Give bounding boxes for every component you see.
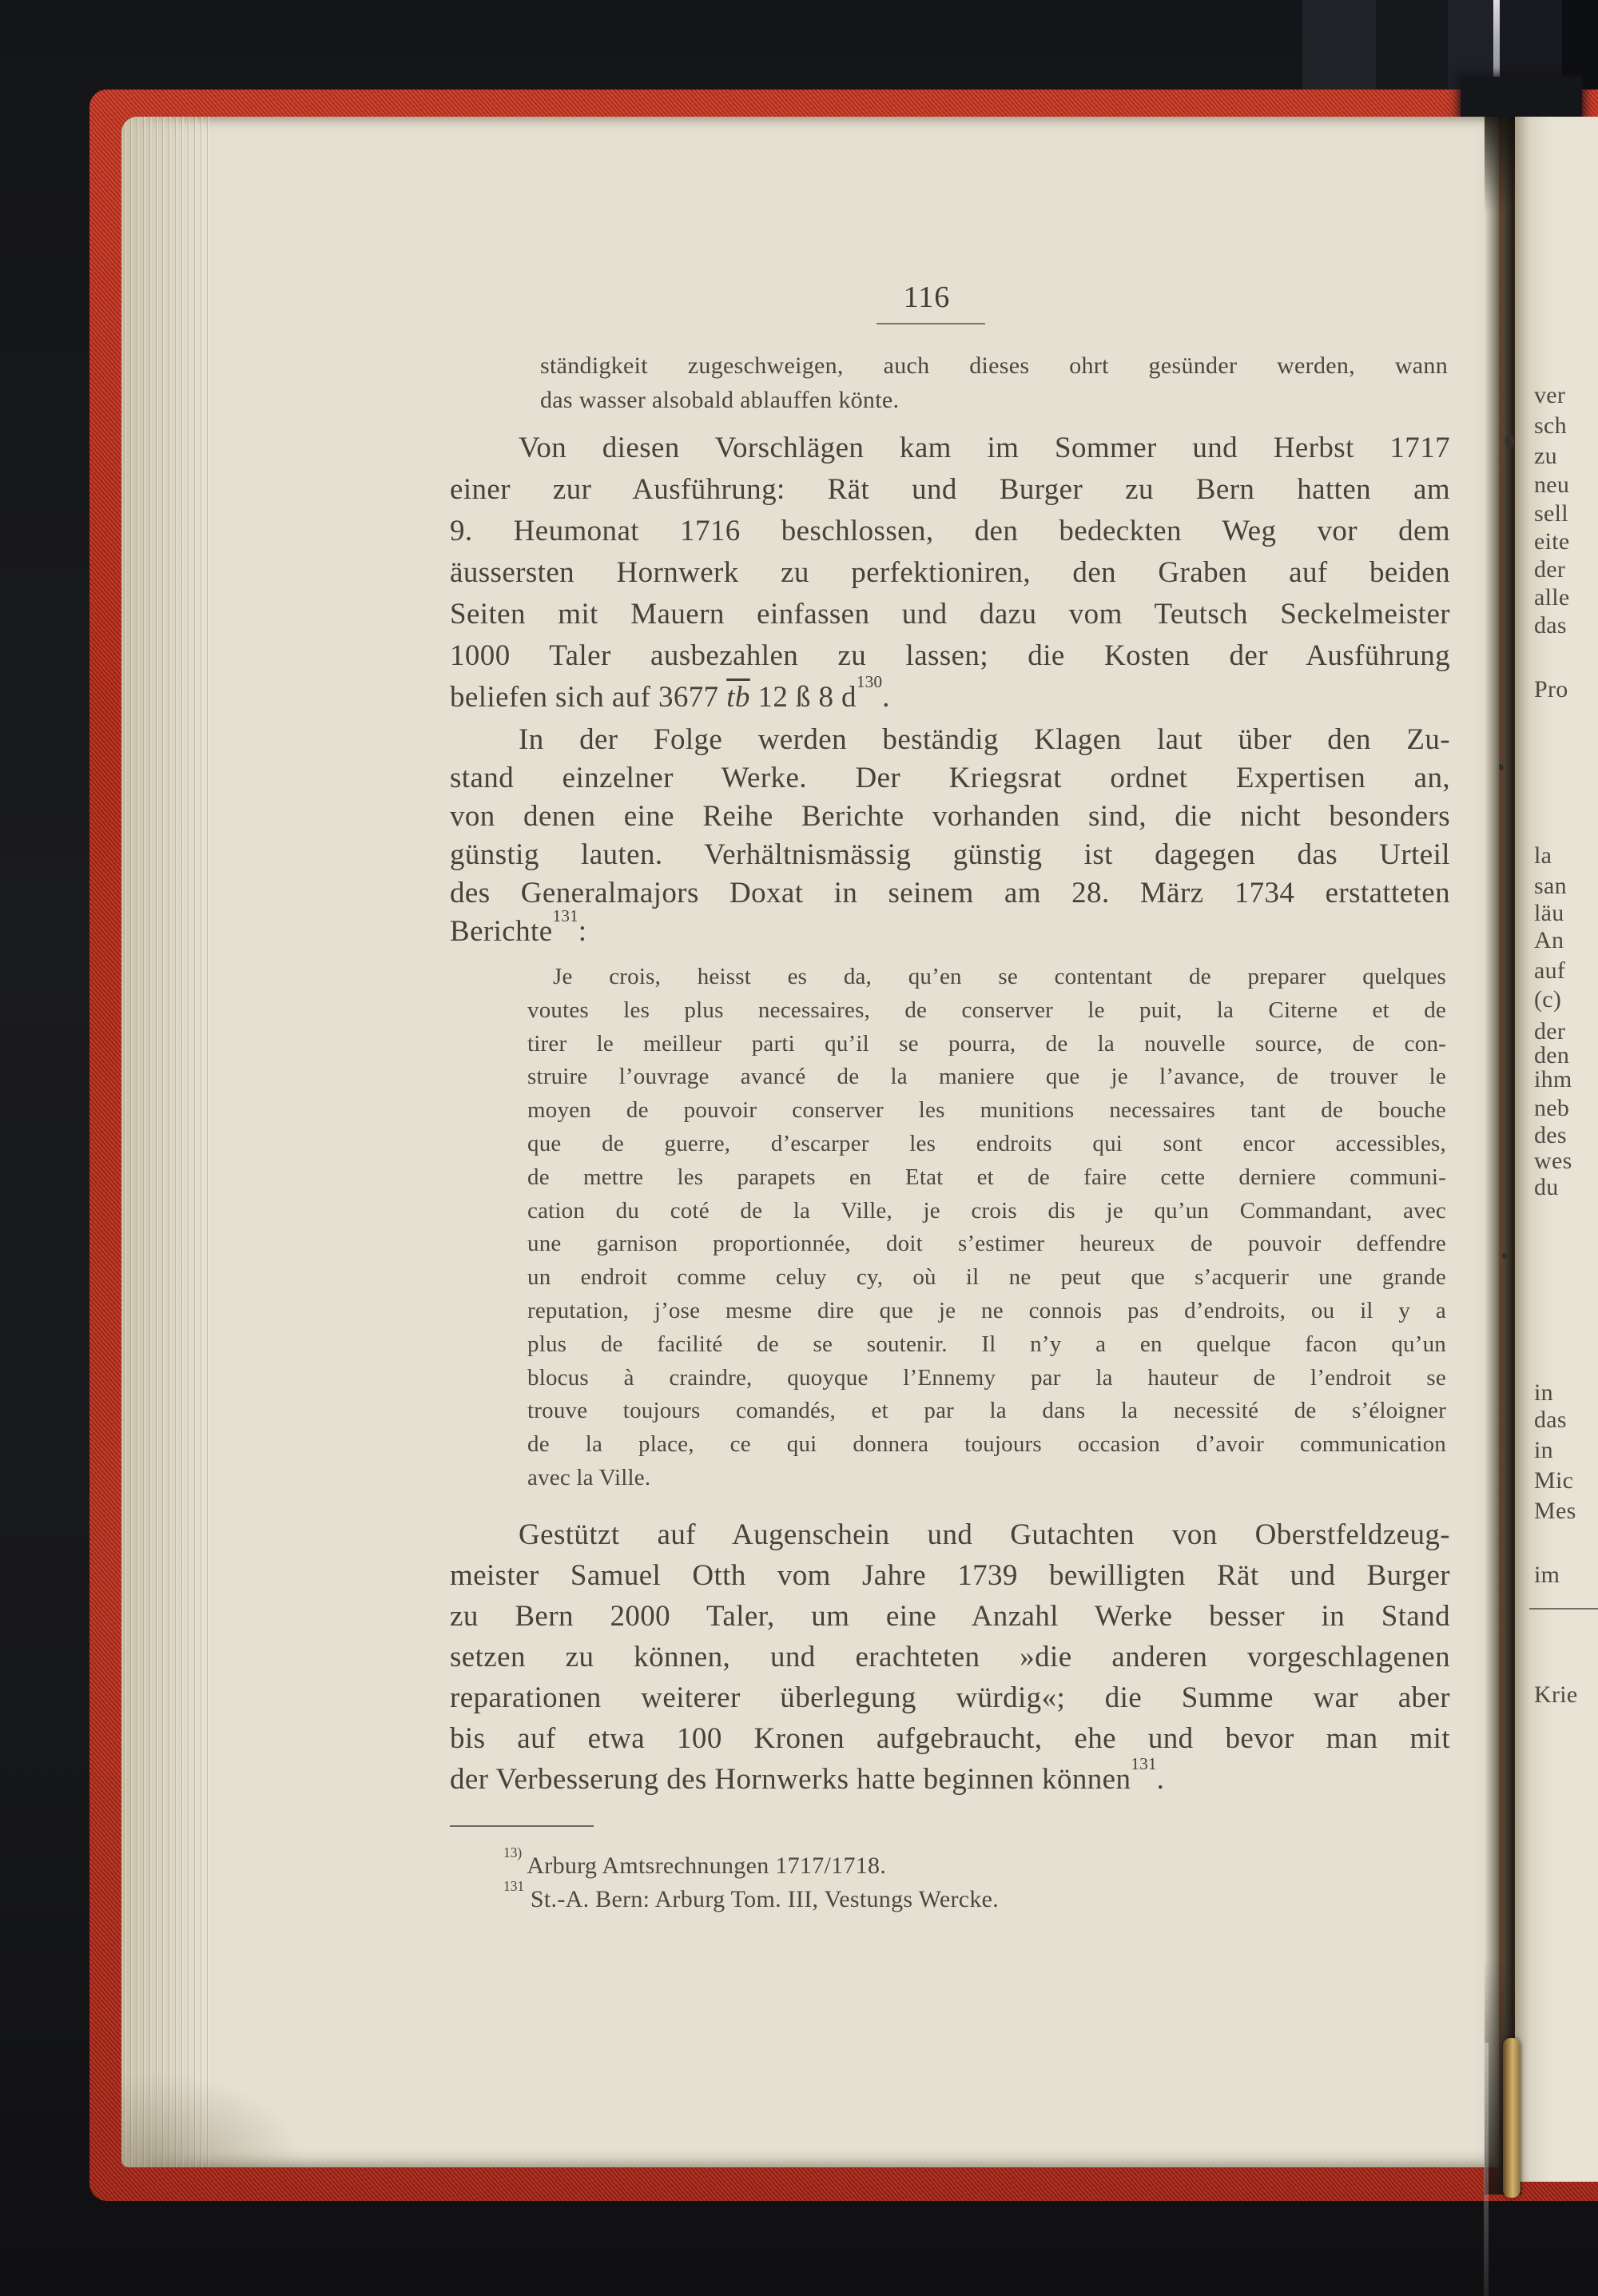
french-quote-line: un endroit comme celuy cy, où il ne peut… <box>527 1264 1446 1291</box>
sliver-fragment: alle <box>1534 584 1598 611</box>
sliver-fragment: Mic <box>1534 1467 1598 1494</box>
paragraph-line: In der Folge werden beständig Klagen lau… <box>450 722 1450 758</box>
page-number-underline <box>877 323 985 324</box>
paragraph-line: äussersten Hornwerk zu perfektioniren, d… <box>450 555 1450 591</box>
sliver-fragment: sell <box>1534 500 1598 527</box>
sliver-fragment: in <box>1534 1379 1598 1407</box>
sliver-fragment: das <box>1534 1407 1598 1434</box>
paragraph-line: 9. Heumonat 1716 beschlossen, den bedeck… <box>450 513 1450 550</box>
sliver-fragment: der <box>1534 556 1598 583</box>
french-quote-line: voutes les plus necessaires, de conserve… <box>527 997 1446 1024</box>
french-quote-line: cation du coté de la Ville, je crois dis… <box>527 1198 1446 1224</box>
french-quote-line: que de guerre, d’escarper les endroits q… <box>527 1131 1446 1157</box>
sliver-fragment: den <box>1534 1042 1598 1069</box>
sliver-fragment: An <box>1534 927 1598 954</box>
glass-strip-reflection <box>1484 2043 1489 2296</box>
sliver-fragment: im <box>1534 1562 1598 1589</box>
paragraph-line: meister Samuel Otth vom Jahre 1739 bewil… <box>450 1558 1450 1594</box>
footnote-line: 131 St.-A. Bern: Arburg Tom. III, Vestun… <box>503 1886 999 1913</box>
paragraph-line: Von diesen Vorschlägen kam im Sommer und… <box>450 430 1450 467</box>
footnote-rule <box>450 1825 594 1827</box>
cradle-clamp-shadow <box>1461 77 1582 120</box>
paper-speck <box>1499 764 1504 770</box>
paper-speck <box>1502 1253 1507 1259</box>
paragraph-line: des Generalmajors Doxat in seinem am 28.… <box>450 875 1450 912</box>
page-stack-fore-edge <box>121 117 211 2167</box>
sliver-fragment: neb <box>1534 1095 1598 1122</box>
paragraph-line: stand einzelner Werke. Der Kriegsrat ord… <box>450 760 1450 797</box>
intro-quote-line: das wasser alsobald ablauffen könte. <box>540 387 1448 414</box>
sliver-fragment: la <box>1534 842 1598 869</box>
paragraph-line: bis auf etwa 100 Kronen aufgebraucht, eh… <box>450 1721 1450 1757</box>
french-quote-line: reputation, j’ose mesme dire que je ne c… <box>527 1298 1446 1324</box>
paragraph-line: beliefen sich auf 3677 tb 12 ß 8 d130. <box>450 679 1450 716</box>
intro-quote-line: ständigkeit zugeschweigen, auch dieses o… <box>540 352 1448 380</box>
french-quote-line: moyen de pouvoir conserver les munitions… <box>527 1097 1446 1124</box>
page-corner-shadow <box>121 2071 305 2167</box>
paragraph-line: Gestützt auf Augenschein und Gutachten v… <box>450 1517 1450 1554</box>
paragraph-line: der Verbesserung des Hornwerks hatte beg… <box>450 1761 1450 1798</box>
sliver-fragment: Pro <box>1534 676 1598 703</box>
sliver-fragment: sch <box>1534 412 1598 440</box>
french-quote-line: plus de facilité de se soutenir. Il n’y … <box>527 1331 1446 1358</box>
french-quote-line: tirer le meilleur parti qu’il se pourra,… <box>527 1031 1446 1057</box>
sliver-fragment: auf <box>1534 957 1598 985</box>
french-quote-line: trouve toujours comandés, et par la dans… <box>527 1398 1446 1424</box>
french-quote-line: une garnison proportionnée, doit s’estim… <box>527 1231 1446 1257</box>
sliver-footnote-rule <box>1529 1608 1598 1610</box>
french-quote-line: avec la Ville. <box>527 1465 1446 1491</box>
french-quote-line: de la place, ce qui donnera toujours occ… <box>527 1431 1446 1458</box>
sliver-fragment: der <box>1534 1018 1598 1045</box>
sliver-fragment: eite <box>1534 528 1598 555</box>
paragraph-line: günstig lauten. Verhältnismässig günstig… <box>450 837 1450 873</box>
sliver-fragment: (c) <box>1534 986 1598 1013</box>
sliver-fragment: wes <box>1534 1148 1598 1175</box>
french-quote-line: de mettre les parapets en Etat et de fai… <box>527 1164 1446 1191</box>
paragraph-line: Seiten mit Mauern einfassen und dazu vom… <box>450 596 1450 633</box>
scanned-book-photo: 116 ständigkeit zugeschweigen, auch dies… <box>0 0 1598 2296</box>
paragraph-line: Berichte131: <box>450 913 1450 950</box>
sliver-fragment: san <box>1534 873 1598 900</box>
footnote-line: 13) Arburg Amtsrechnungen 1717/1718. <box>503 1852 886 1880</box>
sliver-fragment: zu <box>1534 443 1598 470</box>
sliver-fragment: ver <box>1534 382 1598 409</box>
french-quote-line: Je crois, heisst es da, qu’en se content… <box>527 964 1446 990</box>
sliver-fragment: ihm <box>1534 1066 1598 1093</box>
french-quote-line: blocus à craindre, quoyque l’Ennemy par … <box>527 1365 1446 1391</box>
brass-rod <box>1503 2038 1520 2198</box>
sliver-fragment: läu <box>1534 900 1598 927</box>
sliver-fragment: des <box>1534 1122 1598 1149</box>
paragraph-line: setzen zu können, und erachteten »die an… <box>450 1639 1450 1676</box>
paper-speck <box>1505 436 1514 448</box>
sliver-fragment: das <box>1534 612 1598 639</box>
paragraph-line: reparationen weiterer überlegung würdig«… <box>450 1680 1450 1717</box>
sliver-fragment: neu <box>1534 472 1598 499</box>
sliver-fragment: du <box>1534 1174 1598 1201</box>
paragraph-line: von denen eine Reihe Berichte vorhanden … <box>450 798 1450 835</box>
page-number: 116 <box>867 280 987 315</box>
sliver-fragment: Mes <box>1534 1498 1598 1525</box>
paragraph-line: 1000 Taler ausbezahlen zu lassen; die Ko… <box>450 638 1450 674</box>
french-quote-line: struire l’ouvrage avancé de la maniere q… <box>527 1064 1446 1090</box>
sliver-fragment: in <box>1534 1437 1598 1464</box>
paragraph-line: einer zur Ausführung: Rät und Burger zu … <box>450 472 1450 508</box>
paragraph-line: zu Bern 2000 Taler, um eine Anzahl Werke… <box>450 1598 1450 1635</box>
sliver-fragment: Krie <box>1534 1681 1598 1709</box>
